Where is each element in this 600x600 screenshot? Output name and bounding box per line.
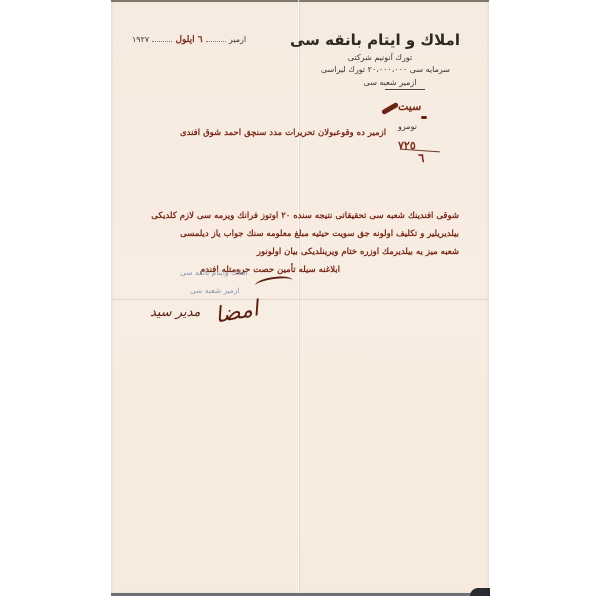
pencil-note-2: ازمير شعبه سى (190, 286, 240, 295)
paper-top-edge (111, 0, 489, 2)
date-city: ازمير (229, 35, 246, 44)
paper-corner-shadow (470, 588, 490, 596)
letterhead-capital: سرمايه سى ٢٠،٠٠٠،٠٠٠ تورك ليراسى (330, 65, 450, 74)
date-dots (206, 41, 226, 42)
pencil-note-1: املاك وايتام بانقه سى (180, 268, 248, 277)
horizontal-fold-line (111, 299, 489, 300)
letterhead-rule (385, 89, 425, 90)
body-line-3: شعبه ميز يه بيلديرمك اوزره ختام ويرينلدي… (143, 247, 459, 257)
letterhead-company-type: تورك آنونيم شركتى (330, 53, 430, 62)
subject-line: ازمير ده وقوعبولان تحريرات مدد سنچق احمد… (180, 128, 386, 138)
date-year: ١٩٢٧ (132, 35, 149, 44)
body-line-1: شوقى افندينك شعبه سى تحقيقاتى نتيجه سنده… (143, 211, 459, 221)
reference-sub-number: ٦ (418, 151, 424, 165)
paper-bottom-edge (111, 593, 489, 596)
date-dots (152, 41, 172, 42)
date-day: ٦ (198, 35, 203, 45)
letterhead-company-name: املاك و ايتام بانقه سى (300, 31, 460, 49)
stamp-mark: سيت (398, 100, 421, 113)
document-paper (111, 0, 489, 594)
reference-label: نومرو (398, 122, 417, 131)
date-month: ايلول (175, 35, 194, 45)
date-line: ازمير ٦ ايلول ١٩٢٧ (132, 35, 246, 45)
letterhead-branch: ازمير شعبه سى (355, 78, 425, 87)
signature-left: مدير سيد (150, 305, 200, 320)
vertical-fold-line (298, 0, 299, 594)
body-line-2: بيلديريلير و تكليف اولونه جق سويت حيثيه … (143, 229, 459, 239)
ink-stamp-dot (421, 116, 427, 119)
